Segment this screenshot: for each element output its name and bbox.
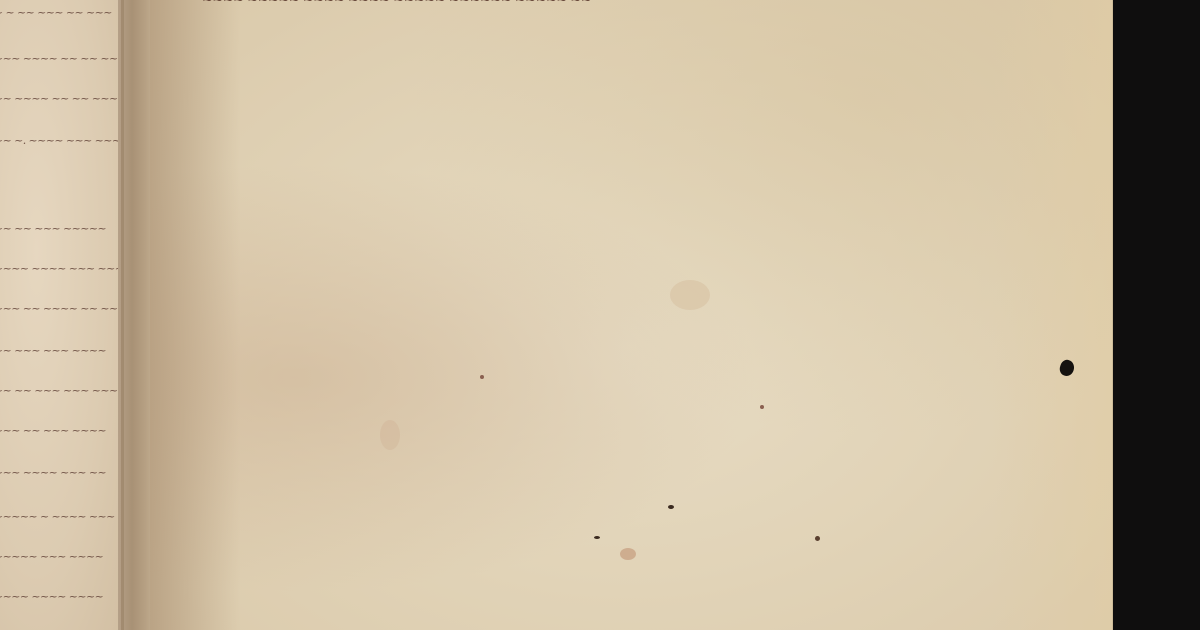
script-line: ~~ ~~~ ~~~ ~~~~ [0, 344, 122, 364]
script-line: ~~ ~~ ~~~ ~~~~~ [0, 222, 122, 242]
script-line: ~~~~ ~~~~ ~~~ ~~~ [0, 262, 122, 282]
script-line: ~~~~~ ~ ~~~~ ~~~ [0, 510, 122, 530]
recto-page: ~~~~ ~~~~~ ~~~~ ~~~~ ~~~~~ ~~~~~~ ~~~~~ … [150, 0, 1113, 630]
script-line: ~~~~~ ~~~ ~~~~ [0, 550, 122, 570]
ink-speck [480, 375, 484, 379]
script-line: ~ ~ ~~ ~~~ ~~ ~~~ [0, 6, 122, 26]
script-line: ~~ ~~~~ ~~ ~~ ~~~ [0, 92, 122, 112]
dark-backdrop [1110, 0, 1200, 630]
manuscript-photo: ~ ~ ~~ ~~~ ~~ ~~~ ~~~ ~~~~ ~~ ~~ ~~ ~~ ~… [0, 0, 1200, 630]
top-script-line: ~~~~ ~~~~~ ~~~~ ~~~~ ~~~~~ ~~~~~~ ~~~~~ … [202, 0, 722, 13]
script-line: ~~ ~~ ~~~ ~~~ ~~~ [0, 384, 122, 404]
facing-page-left: ~ ~ ~~ ~~~ ~~ ~~~ ~~~ ~~~~ ~~ ~~ ~~ ~~ ~… [0, 0, 122, 630]
stain [620, 548, 636, 560]
ink-speck [594, 536, 600, 539]
ink-speck [815, 536, 820, 541]
script-line: ~~ ~. ~~~~ ~~~ ~~~ [0, 134, 122, 154]
ink-speck [668, 505, 674, 509]
script-line: ~~~ ~~~~ ~~ ~~ ~~ [0, 52, 122, 72]
script-line: ~~~ ~~ ~~~~ ~~ ~~ [0, 302, 122, 322]
script-line: ~~~~ ~~~~ ~~~~ [0, 590, 122, 610]
gutter-edge [121, 0, 124, 630]
script-line: ~~~ ~~ ~~~ ~~~~ [0, 424, 122, 444]
stain [670, 280, 710, 310]
ink-speck [760, 405, 764, 409]
stain [380, 420, 400, 450]
script-line: ~~~ ~~~~ ~~~ ~~ [0, 466, 122, 486]
